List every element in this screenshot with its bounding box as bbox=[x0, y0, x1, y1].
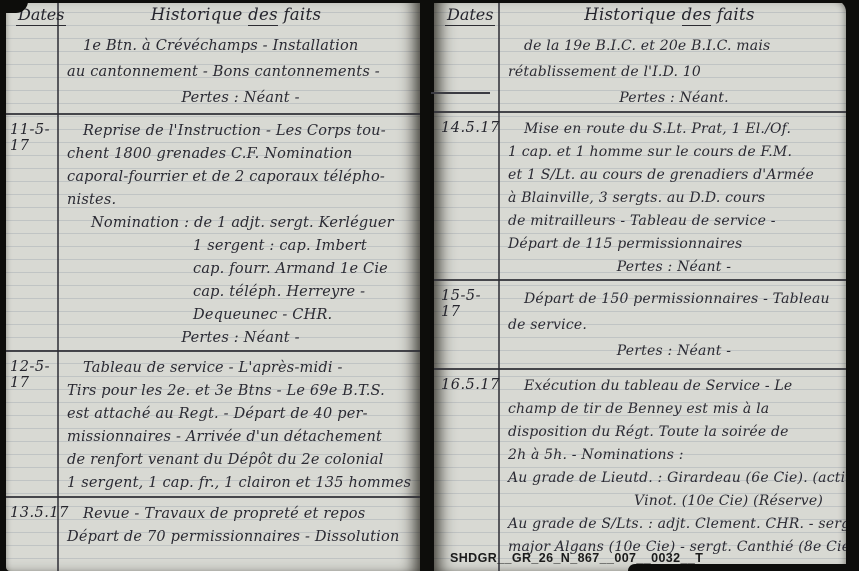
photo-edge-right bbox=[846, 0, 859, 571]
entry-line: disposition du Régt. Toute la soirée de bbox=[508, 421, 840, 444]
entry-line: est attaché au Regt. - Départ de 40 per- bbox=[67, 403, 414, 426]
journal-entry: 12-5-17Tableau de service - L'après-midi… bbox=[6, 350, 420, 496]
entry-text: Départ de 150 permissionnaires - Tableau… bbox=[498, 281, 846, 368]
entry-line: Revue - Travaux de propreté et repos bbox=[67, 503, 414, 526]
entry-date: 11-5-17 bbox=[6, 115, 57, 350]
journal-entry: 16.5.17Exécution du tableau de Service -… bbox=[434, 368, 846, 559]
entry-text: Mise en route du S.Lt. Prat, 1 El./Of.1 … bbox=[498, 113, 846, 279]
entry-line: cap. fourr. Armand 1e Cie bbox=[67, 258, 414, 281]
entry-line: Pertes : Néant - bbox=[67, 327, 414, 350]
entry-line: Pertes : Néant - bbox=[67, 85, 414, 111]
entry-text: 1e Btn. à Crévéchamps - Installationau c… bbox=[57, 28, 420, 113]
journal-entry: 15-5-17Départ de 150 permissionnaires - … bbox=[434, 279, 846, 368]
photo-edge-top bbox=[0, 0, 859, 3]
entry-text: Tableau de service - L'après-midi -Tirs … bbox=[57, 352, 420, 496]
entry-line: Au grade de S/Lts. : adjt. Clement. CHR.… bbox=[508, 513, 840, 536]
entry-line: Exécution du tableau de Service - Le bbox=[508, 375, 840, 398]
entry-date bbox=[6, 28, 57, 113]
entries-left: 1e Btn. à Crévéchamps - Installationau c… bbox=[6, 28, 420, 571]
entry-line: de mitrailleurs - Tableau de service - bbox=[508, 210, 840, 233]
entry-line: Départ de 70 permissionnaires - Dissolut… bbox=[67, 526, 414, 549]
entry-line: cap. téléph. Herreyre - bbox=[67, 281, 414, 304]
entry-line: 1 sergent : cap. Imbert bbox=[67, 235, 414, 258]
entry-date: 14.5.17 bbox=[434, 113, 498, 279]
entry-line: 2h à 5h. - Nominations : bbox=[508, 444, 840, 467]
photo-edge-bottom-right bbox=[628, 564, 859, 571]
entry-line: Pertes : Néant. bbox=[508, 85, 840, 111]
entry-date: 15-5-17 bbox=[434, 281, 498, 368]
journal-page-left: Dates Historique des faits 1e Btn. à Cré… bbox=[6, 0, 420, 571]
entry-line: au cantonnement - Bons cantonnements - bbox=[67, 59, 414, 85]
entry-line: 1 sergent, 1 cap. fr., 1 clairon et 135 … bbox=[67, 472, 414, 495]
entry-line: Pertes : Néant - bbox=[508, 338, 840, 364]
entry-date: 13.5.17 bbox=[6, 498, 57, 571]
entry-line: de la 19e B.I.C. et 20e B.I.C. mais bbox=[508, 33, 840, 59]
entry-text: de la 19e B.I.C. et 20e B.I.C. maisrétab… bbox=[498, 28, 846, 111]
entry-text: Reprise de l'Instruction - Les Corps tou… bbox=[57, 115, 420, 350]
entry-date: 16.5.17 bbox=[434, 370, 498, 559]
entry-line: missionnaires - Arrivée d'un détachement bbox=[67, 426, 414, 449]
entry-date bbox=[434, 28, 498, 111]
dates-column-header: Dates bbox=[445, 5, 495, 24]
entry-line: nistes. bbox=[67, 189, 414, 212]
scanned-war-diary-spread: Dates Historique des faits 1e Btn. à Cré… bbox=[0, 0, 859, 571]
entry-line: caporal-fourrier et de 2 caporaux téléph… bbox=[67, 166, 414, 189]
history-column-header: Historique des faits bbox=[58, 5, 414, 24]
entry-line: de renfort venant du Dépôt du 2e colonia… bbox=[67, 449, 414, 472]
entry-line: Reprise de l'Instruction - Les Corps tou… bbox=[67, 120, 414, 143]
entry-line: Au grade de Lieutd. : Girardeau (6e Cie)… bbox=[508, 467, 840, 490]
photo-corner-bottom-left bbox=[0, 555, 5, 571]
entry-line: Pertes : Néant - bbox=[508, 256, 840, 279]
journal-entry: 1e Btn. à Crévéchamps - Installationau c… bbox=[6, 28, 420, 113]
entry-line: 1e Btn. à Crévéchamps - Installation bbox=[67, 33, 414, 59]
entry-line: 1 cap. et 1 homme sur le cours de F.M. bbox=[508, 141, 840, 164]
entry-line: Départ de 115 permissionnaires bbox=[508, 233, 840, 256]
entry-line: Vinot. (10e Cie) (Réserve) bbox=[508, 490, 840, 513]
entry-line: Tirs pour les 2e. et 3e Btns - Le 69e B.… bbox=[67, 380, 414, 403]
entry-line: Dequeunec - CHR. bbox=[67, 304, 414, 327]
entry-line: Mise en route du S.Lt. Prat, 1 El./Of. bbox=[508, 118, 840, 141]
entry-line: Départ de 150 permissionnaires - Tableau bbox=[508, 286, 840, 312]
entry-line: rétablissement de l'I.D. 10 bbox=[508, 59, 840, 85]
photo-edge-left bbox=[0, 0, 6, 571]
entry-date: 12-5-17 bbox=[6, 352, 57, 496]
entry-text: Exécution du tableau de Service - Lecham… bbox=[498, 370, 846, 559]
journal-entry: 14.5.17Mise en route du S.Lt. Prat, 1 El… bbox=[434, 111, 846, 279]
journal-entry: 11-5-17Reprise de l'Instruction - Les Co… bbox=[6, 113, 420, 350]
entry-line: champ de tir de Benney est mis à la bbox=[508, 398, 840, 421]
history-column-header: Historique des faits bbox=[499, 5, 840, 24]
entry-line: Nomination : de 1 adjt. sergt. Kerléguer bbox=[67, 212, 414, 235]
journal-entry: de la 19e B.I.C. et 20e B.I.C. maisrétab… bbox=[434, 28, 846, 111]
dates-header-label: Dates bbox=[445, 5, 495, 26]
entry-line: et 1 S/Lt. au cours de grenadiers d'Armé… bbox=[508, 164, 840, 187]
entry-line: Tableau de service - L'après-midi - bbox=[67, 357, 414, 380]
entry-line: chent 1800 grenades C.F. Nomination bbox=[67, 143, 414, 166]
journal-page-right: Dates Historique des faits de la 19e B.I… bbox=[434, 0, 846, 571]
no-date-mark bbox=[431, 92, 490, 94]
entry-line: à Blainville, 3 sergts. au D.D. cours bbox=[508, 187, 840, 210]
journal-entry: 13.5.17Revue - Travaux de propreté et re… bbox=[6, 496, 420, 571]
entry-line: de service. bbox=[508, 312, 840, 338]
archive-reference-stamp: SHDGR__GR_26_N_867__007__0032__T bbox=[450, 551, 703, 565]
entry-text: Revue - Travaux de propreté et reposDépa… bbox=[57, 498, 420, 571]
entries-right: de la 19e B.I.C. et 20e B.I.C. maisrétab… bbox=[434, 28, 846, 559]
